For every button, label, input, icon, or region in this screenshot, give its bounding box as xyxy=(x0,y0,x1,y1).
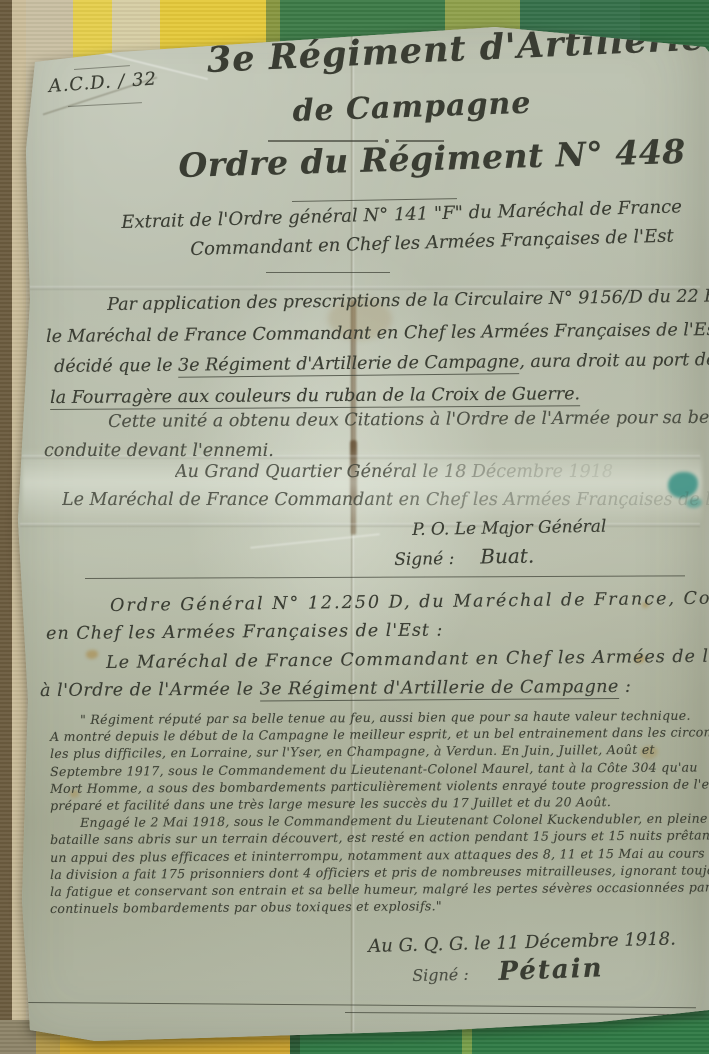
citations-note-line-1: Cette unité a obtenu deux Citations à l'… xyxy=(108,408,709,432)
fox-spot xyxy=(86,650,98,659)
crinkle-highlight xyxy=(250,533,379,549)
application-line-4-underlined: la Fourragère aux couleurs du ruban de l… xyxy=(50,384,580,410)
citation-line-12: continuels bombardements par obus toxiqu… xyxy=(50,898,442,916)
citation-line-2: A montré depuis le début de la Campagne … xyxy=(50,724,709,744)
cite-intro-regiment-underlined: 3e Régiment d'Artillerie de Campagne xyxy=(260,677,619,702)
gqg-first-marechal-line: Le Maréchal de France Commandant en Chef… xyxy=(62,490,709,510)
cite-intro-line-2-post: : xyxy=(619,677,632,697)
signe-label: Signé : xyxy=(412,965,469,985)
gqg-second-date-line: Au G. Q. G. le 11 Décembre 1918. xyxy=(368,928,676,957)
bottom-rule-2 xyxy=(345,1012,690,1015)
unit-code-underline xyxy=(68,102,142,107)
citation-line-10: la division a fait 175 prisonniers dont … xyxy=(50,862,709,882)
citation-line-9: un appui des plus efficaces et ininterro… xyxy=(50,845,709,865)
application-line-3-pre: décidé que le xyxy=(54,356,178,377)
division-underline xyxy=(74,65,130,70)
section-divider-rule xyxy=(85,575,685,579)
citation-line-4: Septembre 1917, sous le Commandement du … xyxy=(50,759,698,779)
cite-intro-line-2: à l'Ordre de l'Armée le 3e Régiment d'Ar… xyxy=(40,677,631,701)
regiment-title-line-2: de Campagne xyxy=(292,86,532,129)
order-title-underline xyxy=(292,198,457,202)
citation-line-1: " Régiment réputé par sa belle tenue au … xyxy=(80,708,691,727)
application-line-3-post: , aura droit au port de xyxy=(519,350,709,372)
ordre-general-line-1: Ordre Général N° 12.250 D, du Maréchal d… xyxy=(110,587,709,616)
major-general-title: P. O. Le Major Général xyxy=(412,517,607,540)
citation-line-3: les plus difficiles, en Lorraine, sur l'… xyxy=(50,742,655,761)
document-photo: 32e Division A.C.D. / 32 3e Régiment d'A… xyxy=(0,0,709,1054)
signature-petain: Pétain xyxy=(498,953,604,987)
division-label: 32e Division xyxy=(54,30,168,61)
paper-sheet: 32e Division A.C.D. / 32 3e Régiment d'A… xyxy=(0,0,709,1054)
paper-shadow-wrap: 32e Division A.C.D. / 32 3e Régiment d'A… xyxy=(0,0,709,1054)
order-number-title: Ordre du Régiment N° 448 xyxy=(178,132,686,185)
citation-line-6: préparé et facilité dans une très large … xyxy=(50,794,611,813)
extrait-line-2: Commandant en Chef les Armées Françaises… xyxy=(190,225,674,259)
gqg-first-date-line: Au Grand Quartier Général le 18 Décembre… xyxy=(175,462,613,482)
signature-buat-line: Signé :Buat. xyxy=(394,544,534,570)
ordre-general-line-2: en Chef les Armées Françaises de l'Est : xyxy=(46,621,443,644)
application-line-4: la Fourragère aux couleurs du ruban de l… xyxy=(50,384,580,408)
cite-intro-line-2-pre: à l'Ordre de l'Armée le xyxy=(40,679,260,701)
unit-code-label: A.C.D. / 32 xyxy=(48,68,158,97)
citation-line-5: Mort Homme, a sous des bombardements par… xyxy=(50,776,709,796)
application-line-3-underlined: 3e Régiment d'Artillerie de Campagne xyxy=(178,352,520,378)
extrait-divider xyxy=(266,272,390,273)
application-line-3: décidé que le 3e Régiment d'Artillerie d… xyxy=(54,350,709,377)
signe-label: Signé : xyxy=(394,549,454,570)
cite-intro-line-1: Le Maréchal de France Commandant en Chef… xyxy=(106,646,709,673)
bottom-rule-1 xyxy=(28,1002,696,1008)
citations-note-line-2: conduite devant l'ennemi. xyxy=(44,441,274,461)
signature-buat: Buat. xyxy=(480,544,534,569)
citation-line-11: la fatigue et conservant son entrain et … xyxy=(50,879,709,899)
application-line-1: Par application des prescriptions de la … xyxy=(107,285,709,315)
citation-line-8: bataille sans abris sur un terrain décou… xyxy=(50,827,709,847)
regiment-title-line-1: 3e Régiment d'Artillerie xyxy=(206,17,705,81)
application-line-2: le Maréchal de France Commandant en Chef… xyxy=(46,320,709,347)
